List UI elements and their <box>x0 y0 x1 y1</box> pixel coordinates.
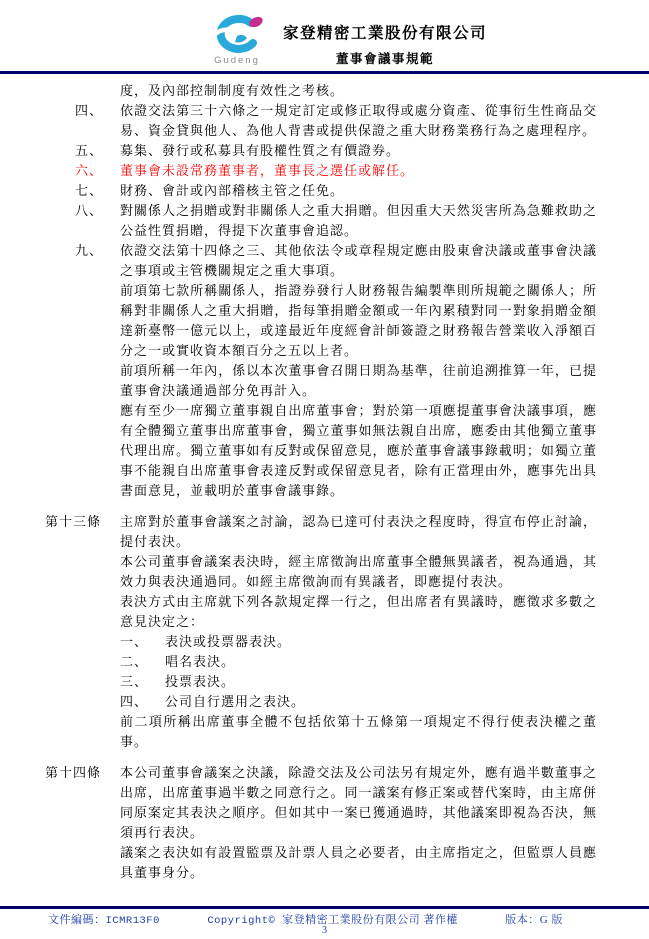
clause-label: 第十三條 <box>45 512 120 532</box>
list-item-number: 九、 <box>75 241 120 281</box>
clause-paragraph: 本公司董事會議案表決時，經主席徵詢出席董事全體無異議者，視為通過，其效力與表決通… <box>120 552 597 592</box>
page-number: 3 <box>0 925 649 936</box>
logo-brand-text: Gudeng <box>214 55 260 66</box>
list-item-text: 公司自行選用之表決。 <box>165 692 597 712</box>
list-item-text: 唱名表決。 <box>165 652 597 672</box>
one-year-definition-paragraph: 前項所稱一年內，係以本次董事會召開日期為基準，往前追溯推算一年，已提董事會決議通… <box>45 361 597 401</box>
clause-paragraph: 前二項所稱出席董事全體不包括依第十五條第一項規定不得行使表決權之董事。 <box>120 712 597 752</box>
clause-article-14: 第十四條 本公司董事會議案之決議，除證交法及公司法另有規定外，應有過半數董事之出… <box>45 763 597 883</box>
list-item-number: 三、 <box>120 672 165 692</box>
gudeng-logo-icon <box>199 14 275 56</box>
document-body: 度，及內部控制制度有效性之考核。 四、 依證交法第三十六條之一規定訂定或修正取得… <box>45 81 597 883</box>
header-divider <box>0 71 649 74</box>
voting-method-item-1: 一、 表決或投票器表決。 <box>120 632 597 652</box>
list-item-text: 募集、發行或私募具有股權性質之有價證券。 <box>120 141 597 161</box>
list-item-number: 二、 <box>120 652 165 672</box>
independent-director-paragraph: 應有至少一席獨立董事親自出席董事會；對於第一項應提董事會決議事項，應有全體獨立董… <box>45 401 597 501</box>
clause-paragraph: 議案之表決如有設置監票及計票人員之必要者，由主席指定之，但監票人員應具董事身分。 <box>120 843 597 883</box>
list-item-text: 董事會未設常務董事者，董事長之選任或解任。 <box>120 161 597 181</box>
list-item-text: 表決或投票器表決。 <box>165 632 597 652</box>
list-item-4: 四、 依證交法第三十六條之一規定訂定或修正取得或處分資產、從事衍生性商品交易、資… <box>45 101 597 141</box>
list-item-number: 四、 <box>120 692 165 712</box>
list-item-text: 依證交法第三十六條之一規定訂定或修正取得或處分資產、從事衍生性商品交易、資金貸與… <box>120 101 597 141</box>
list-item-7: 七、 財務、會計或內部稽核主管之任免。 <box>45 181 597 201</box>
list-item-number: 七、 <box>75 181 120 201</box>
company-name: 家登精密工業股份有限公司 <box>278 21 492 43</box>
page-header: Gudeng 家登精密工業股份有限公司 董事會議事規範 <box>0 12 649 72</box>
list-item-number: 五、 <box>75 141 120 161</box>
list-item-6-highlighted: 六、 董事會未設常務董事者，董事長之選任或解任。 <box>45 161 597 181</box>
header-titles: 家登精密工業股份有限公司 董事會議事規範 <box>278 21 492 67</box>
footer-divider <box>0 906 649 909</box>
voting-method-item-4: 四、 公司自行選用之表決。 <box>120 692 597 712</box>
document-page: Gudeng 家登精密工業股份有限公司 董事會議事規範 度，及內部控制制度有效性… <box>0 0 649 939</box>
list-item-9: 九、 依證交法第十四條之三、其他依法令或章程規定應由股東會決議或董事會決議之事項… <box>45 241 597 281</box>
voting-method-item-2: 二、 唱名表決。 <box>120 652 597 672</box>
list-item-8: 八、 對關係人之捐贈或對非關係人之重大捐贈。但因重大天然災害所為急難救助之公益性… <box>45 201 597 241</box>
list-item-number: 四、 <box>75 101 120 141</box>
clause-paragraph: 主席對於董事會議案之討論，認為已達可付表決之程度時，得宣布停止討論，提付表決。 <box>120 512 597 552</box>
company-logo: Gudeng <box>184 14 290 66</box>
document-title: 董事會議事規範 <box>278 49 492 67</box>
clause-article-13: 第十三條 主席對於董事會議案之討論，認為已達可付表決之程度時，得宣布停止討論，提… <box>45 512 597 752</box>
list-item-5: 五、 募集、發行或私募具有股權性質之有價證券。 <box>45 141 597 161</box>
list-item-text: 投票表決。 <box>165 672 597 692</box>
related-party-paragraph: 前項第七款所稱關係人，指證券發行人財務報告編製準則所規範之關係人；所稱對非關係人… <box>45 281 597 361</box>
clause-paragraph: 本公司董事會議案之決議，除證交法及公司法另有規定外，應有過半數董事之出席，出席董… <box>120 763 597 843</box>
list-item-text: 對關係人之捐贈或對非關係人之重大捐贈。但因重大天然災害所為急難救助之公益性質捐贈… <box>120 201 597 241</box>
continuation-paragraph: 度，及內部控制制度有效性之考核。 <box>45 81 597 101</box>
list-item-text: 財務、會計或內部稽核主管之任免。 <box>120 181 597 201</box>
list-item-number: 八、 <box>75 201 120 241</box>
voting-method-item-3: 三、 投票表決。 <box>120 672 597 692</box>
list-item-number: 六、 <box>75 161 120 181</box>
clause-label: 第十四條 <box>45 763 120 783</box>
clause-paragraph: 表決方式由主席就下列各款規定擇一行之，但出席者有異議時，應徵求多數之意見決定之： <box>120 592 597 632</box>
list-item-number: 一、 <box>120 632 165 652</box>
list-item-text: 依證交法第十四條之三、其他依法令或章程規定應由股東會決議或董事會決議之事項或主管… <box>120 241 597 281</box>
